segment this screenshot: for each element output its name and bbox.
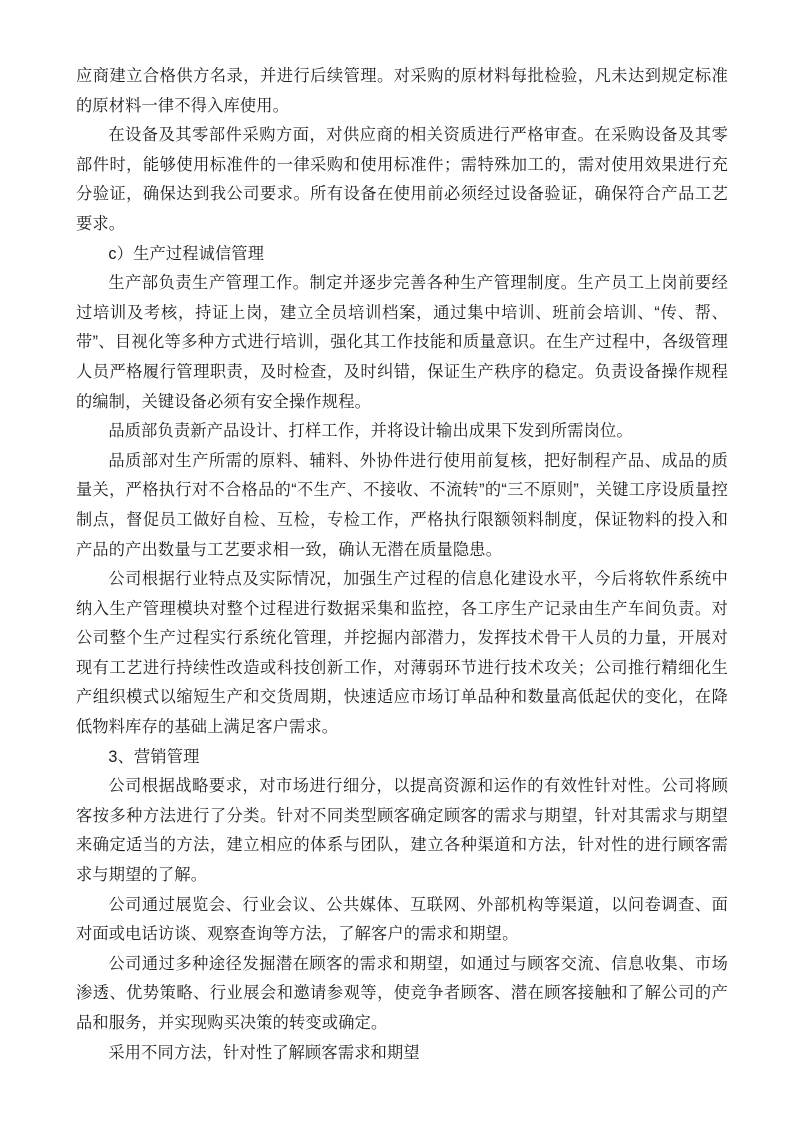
body-paragraph-continuation: 应商建立合格供方名录，并进行后续管理。对采购的原材料每批检验，凡未达到规定标准的… [76, 62, 728, 121]
body-paragraph: 生产部负责生产管理工作。制定并逐步完善各种生产管理制度。生产员工上岗前要经过培训… [76, 269, 728, 417]
body-paragraph: 品质部对生产所需的原料、辅料、外协件进行使用前复核，把好制程产品、成品的质量关，… [76, 447, 728, 565]
body-paragraph: 在设备及其零部件采购方面，对供应商的相关资质进行严格审查。在采购设备及其零部件时… [76, 121, 728, 239]
body-paragraph: 采用不同方法，针对性了解顾客需求和期望 [76, 1039, 728, 1069]
body-paragraph: 公司通过多种途径发掘潜在顾客的需求和期望，如通过与顾客交流、信息收集、市场渗透、… [76, 950, 728, 1039]
body-paragraph: 公司根据战略要求，对市场进行细分，以提高资源和运作的有效性针对性。公司将顾客按多… [76, 772, 728, 890]
body-paragraph: 品质部负责新产品设计、打样工作，并将设计输出成果下发到所需岗位。 [76, 417, 728, 447]
body-paragraph: 公司通过展览会、行业会议、公共媒体、互联网、外部机构等渠道，以问卷调查、面对面或… [76, 891, 728, 950]
subsection-heading: c）生产过程诚信管理 [76, 240, 728, 270]
document-body: 应商建立合格供方名录，并进行后续管理。对采购的原材料每批检验，凡未达到规定标准的… [76, 62, 728, 1068]
body-paragraph: 公司根据行业特点及实际情况，加强生产过程的信息化建设水平，今后将软件系统中纳入生… [76, 565, 728, 743]
section-heading: 3、营销管理 [76, 743, 728, 773]
document-page: 应商建立合格供方名录，并进行后续管理。对采购的原材料每批检验，凡未达到规定标准的… [0, 0, 800, 1131]
